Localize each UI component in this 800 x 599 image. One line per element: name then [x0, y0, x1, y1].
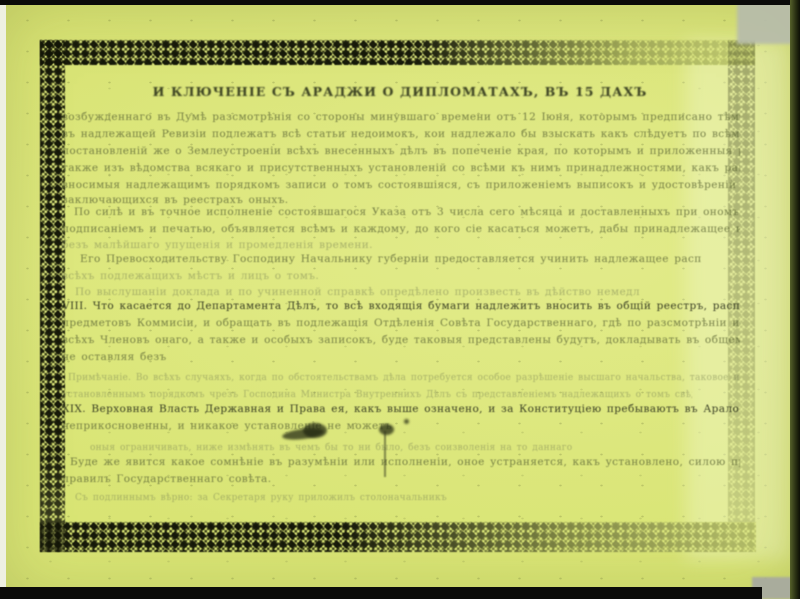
- text-line: подписаніемъ и печатью, объявляется всѣм…: [62, 222, 740, 236]
- text-line: въ надлежащей Ревизіи подлежатъ всѣ стат…: [62, 127, 740, 141]
- text-line: не оставляя безъ: [62, 350, 202, 364]
- text-line: вносимыя надлежащимъ порядкомъ записи о …: [62, 178, 740, 192]
- photo-edge-left: [0, 0, 6, 599]
- document-title: И КЛЮЧЕНІЕ СЪ АРАДЖИ О ДИПЛОМАТАХЪ, ВЪ 1…: [140, 84, 660, 100]
- ornate-border-bottom: [40, 522, 756, 552]
- ornate-border-top: [40, 40, 755, 65]
- text-line: безъ малѣйшаго упущенія и промедленія вр…: [62, 238, 402, 252]
- text-line: всѣхъ подлежащихъ мѣстъ и лицъ о томъ.: [62, 269, 392, 283]
- photo-edge-top: [0, 0, 800, 5]
- gray-patch-top-right: [737, 0, 793, 44]
- text-line: Буде же явится какое сомнѣніе въ разумѣн…: [70, 455, 740, 469]
- text-line: также изъ вѣдомства всякаго и присутстве…: [62, 161, 740, 175]
- text-line: По силѣ и въ точное исполненіе состоявша…: [74, 205, 738, 219]
- ink-smudge: [303, 423, 327, 438]
- text-line: оныя ограничивать, ниже измѣнять въ чемъ…: [90, 441, 740, 455]
- text-line: предметовъ Коммисіи, и обращать въ подле…: [62, 316, 740, 330]
- photo-edge-right: [790, 0, 800, 599]
- ink-stroke: [384, 431, 386, 477]
- text-line: Съ подлиннымъ вѣрно: за Секретаря руку п…: [75, 491, 705, 505]
- text-line: постановленій же о Землеустроеніи всѣхъ …: [62, 144, 740, 158]
- photo-edge-bottom: [0, 587, 762, 599]
- text-line: По выслушаніи доклада и по учиненной спр…: [75, 285, 640, 299]
- text-line: правилъ Государственнаго совѣта.: [62, 472, 392, 486]
- text-line: VIII. Что касается до Департамента Дѣлъ,…: [62, 299, 740, 313]
- text-line: всѣхъ Членовъ онаго, а также и особыхъ з…: [62, 333, 740, 347]
- text-line: Примѣчаніе. Во всѣхъ случаяхъ, когда по …: [68, 371, 740, 385]
- text-line: Его Превосходительству Господину Начальн…: [80, 252, 702, 266]
- photo-of-certificate: И КЛЮЧЕНІЕ СЪ АРАДЖИ О ДИПЛОМАТАХЪ, ВЪ 1…: [0, 0, 800, 599]
- text-line: XIX. Верховная Власть Державная и Права …: [62, 402, 740, 416]
- text-line: установленнымъ порядкомъ чрезъ Господина…: [62, 388, 692, 402]
- text-line: возбужденнаго въ Думѣ разсмотрѣнія со ст…: [62, 110, 740, 124]
- ink-dot: [404, 419, 409, 424]
- ink-smudge: [379, 424, 394, 435]
